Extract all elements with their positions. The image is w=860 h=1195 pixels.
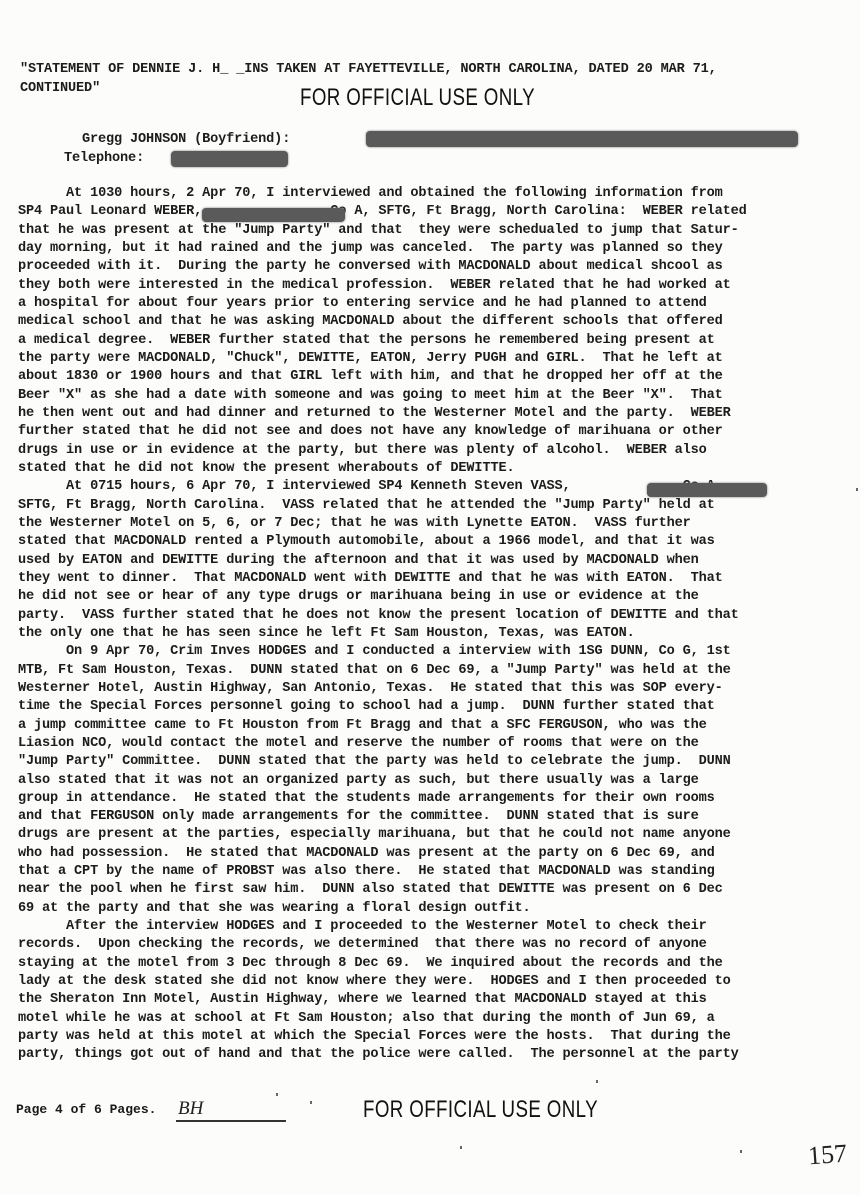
- scan-speck: [460, 1146, 462, 1149]
- body-line: further stated that he did not see and d…: [18, 423, 747, 441]
- body-line: also stated that it was not an organized…: [18, 772, 747, 790]
- body-line: that he was present at the "Jump Party" …: [18, 222, 747, 240]
- body-line: the party were MACDONALD, "Chuck", DEWIT…: [18, 350, 747, 368]
- body-line: a jump committee came to Ft Houston from…: [18, 717, 747, 735]
- body-line: At 0715 hours, 6 Apr 70, I interviewed S…: [18, 478, 747, 496]
- body-line: staying at the motel from 3 Dec through …: [18, 955, 747, 973]
- body-line: party. VASS further stated that he does …: [18, 607, 747, 625]
- body-line: stated that he did not know the present …: [18, 460, 747, 478]
- document-page: "STATEMENT OF DENNIE J. H_ _INS TAKEN AT…: [0, 0, 860, 1195]
- body-line: Westerner Hotel, Austin Highway, San Ant…: [18, 680, 747, 698]
- scan-speck: [310, 1101, 312, 1104]
- official-use-stamp-top: FOR OFFICIAL USE ONLY: [300, 84, 535, 112]
- body-line: who had possession. He stated that MACDO…: [18, 845, 747, 863]
- body-line: about 1830 or 1900 hours and that GIRL l…: [18, 368, 747, 386]
- body-line: they both were interested in the medical…: [18, 277, 747, 295]
- body-line: he then went out and had dinner and retu…: [18, 405, 747, 423]
- body-line: a medical degree. WEBER further stated t…: [18, 332, 747, 350]
- body-line: used by EATON and DEWITTE during the aft…: [18, 552, 747, 570]
- contact-name-label: Gregg JOHNSON (Boyfriend):: [82, 130, 290, 150]
- body-line: near the pool when he first saw him. DUN…: [18, 881, 747, 899]
- body-line: SFTG, Ft Bragg, North Carolina. VASS rel…: [18, 497, 747, 515]
- body-line: party was held at this motel at which th…: [18, 1028, 747, 1046]
- body-line: time the Special Forces personnel going …: [18, 698, 747, 716]
- body-line: After the interview HODGES and I proceed…: [18, 918, 747, 936]
- body-line: drugs in use or in evidence at the party…: [18, 442, 747, 460]
- body-line: group in attendance. He stated that the …: [18, 790, 747, 808]
- body-line: drugs are present at the parties, especi…: [18, 826, 747, 844]
- handwritten-initials: BH: [178, 1098, 203, 1120]
- body-line: medical school and that he was asking MA…: [18, 313, 747, 331]
- body-line: the only one that he has seen since he l…: [18, 625, 747, 643]
- scan-speck: [276, 1093, 278, 1096]
- body-line: Beer "X" as she had a date with someone …: [18, 387, 747, 405]
- body-line: and that FERGUSON only made arrangements…: [18, 808, 747, 826]
- body-line: stated that MACDONALD rented a Plymouth …: [18, 533, 747, 551]
- body-line: 69 at the party and that she was wearing…: [18, 900, 747, 918]
- body-line: SP4 Paul Leonard WEBER, , Co A, SFTG, Ft…: [18, 203, 747, 221]
- body-line: proceeded with it. During the party he c…: [18, 258, 747, 276]
- body-line: that a CPT by the name of PROBST was als…: [18, 863, 747, 881]
- body-line: records. Upon checking the records, we d…: [18, 936, 747, 954]
- signature-line: [176, 1120, 286, 1122]
- body-line: a hospital for about four years prior to…: [18, 295, 747, 313]
- statement-body: At 1030 hours, 2 Apr 70, I interviewed a…: [18, 185, 747, 1065]
- scan-speck: [596, 1080, 598, 1083]
- body-line: lady at the desk stated she did not know…: [18, 973, 747, 991]
- body-line: day morning, but it had rained and the j…: [18, 240, 747, 258]
- redaction-block: [171, 151, 288, 167]
- page-count: Page 4 of 6 Pages.: [16, 1102, 156, 1117]
- telephone-label: Telephone:: [64, 149, 144, 169]
- official-use-stamp-bottom: FOR OFFICIAL USE ONLY: [363, 1096, 598, 1124]
- body-line: "Jump Party" Committee. DUNN stated that…: [18, 753, 747, 771]
- redaction-block: [366, 131, 798, 147]
- body-line: On 9 Apr 70, Crim Inves HODGES and I con…: [18, 643, 747, 661]
- handwritten-page-number: 157: [807, 1139, 848, 1172]
- body-line: Liasion NCO, would contact the motel and…: [18, 735, 747, 753]
- body-line: motel while he was at school at Ft Sam H…: [18, 1010, 747, 1028]
- body-line: party, things got out of hand and that t…: [18, 1046, 747, 1064]
- body-line: they went to dinner. That MACDONALD went…: [18, 570, 747, 588]
- body-line: At 1030 hours, 2 Apr 70, I interviewed a…: [18, 185, 747, 203]
- statement-header-continued: CONTINUED": [20, 79, 100, 99]
- scan-speck: [740, 1150, 742, 1153]
- scan-speck: [856, 488, 858, 491]
- redaction-block: [647, 483, 767, 497]
- body-line: MTB, Ft Sam Houston, Texas. DUNN stated …: [18, 662, 747, 680]
- statement-header: "STATEMENT OF DENNIE J. H_ _INS TAKEN AT…: [20, 60, 717, 80]
- body-line: he did not see or hear of any type drugs…: [18, 588, 747, 606]
- redaction-block: [202, 208, 345, 222]
- body-line: the Westerner Motel on 5, 6, or 7 Dec; t…: [18, 515, 747, 533]
- body-line: the Sheraton Inn Motel, Austin Highway, …: [18, 991, 747, 1009]
